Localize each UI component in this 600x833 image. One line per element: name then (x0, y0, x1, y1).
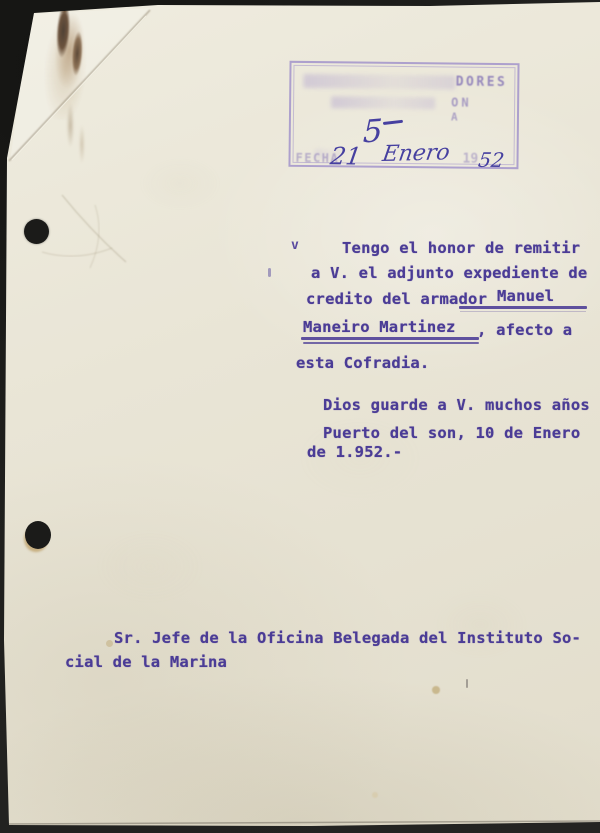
addressee-line: cial de la Marina (65, 655, 227, 671)
paper-speck (372, 792, 378, 798)
letter-line: esta Cofradia. (296, 356, 429, 372)
paper-speck (106, 640, 113, 647)
ink-speck (268, 268, 271, 277)
punch-hole-top (24, 219, 49, 244)
letter-line: Tengo el honor de remitir (342, 241, 580, 257)
handwritten-month: Enero (381, 140, 452, 167)
stamp-year-prefix: 19 (462, 152, 478, 167)
armador-name-last: Maneiro Martinez (303, 320, 456, 336)
document-page: DORES ON A 5 FECHA 21 Enero 19 52 v Teng… (0, 0, 600, 833)
double-underline-top (301, 337, 479, 340)
letter-line: , afecto a (477, 323, 572, 339)
stamp-title-fragment: DORES (456, 75, 508, 91)
paper-speck (432, 686, 440, 694)
letter-line: de 1.952.- (307, 445, 402, 461)
burn-stain-trail (52, 92, 98, 187)
handwritten-year: 52 (477, 148, 506, 172)
letter-line: Puerto del son, 10 de Enero (323, 426, 580, 442)
scanner-background: { "page": { "background_color": "#1d1d1b… (0, 0, 600, 833)
stamp-letter-fragment: A (451, 110, 458, 123)
double-underline-bottom (303, 342, 479, 344)
letter-line: Dios guarde a V. muchos años (323, 398, 590, 414)
underline (459, 306, 587, 309)
registry-stamp: DORES ON A 5 FECHA 21 Enero 19 52 (288, 61, 519, 169)
addressee-line: Sr. Jefe de la Oficina Belegada del Inst… (114, 631, 581, 647)
faded-stamp-text-smudge (303, 74, 455, 90)
faded-stamp-text-smudge (331, 96, 435, 109)
armador-name-first: Manuel (497, 289, 554, 305)
punch-hole-bottom (25, 521, 51, 549)
handwritten-day: 21 (328, 142, 363, 170)
handwritten-number: 5 (362, 113, 383, 151)
check-mark-annotation: v (291, 238, 299, 253)
letter-line: a V. el adjunto expediente de (311, 266, 587, 282)
stamp-subtitle-fragment: ON (451, 95, 472, 109)
pencil-mark (466, 679, 468, 688)
